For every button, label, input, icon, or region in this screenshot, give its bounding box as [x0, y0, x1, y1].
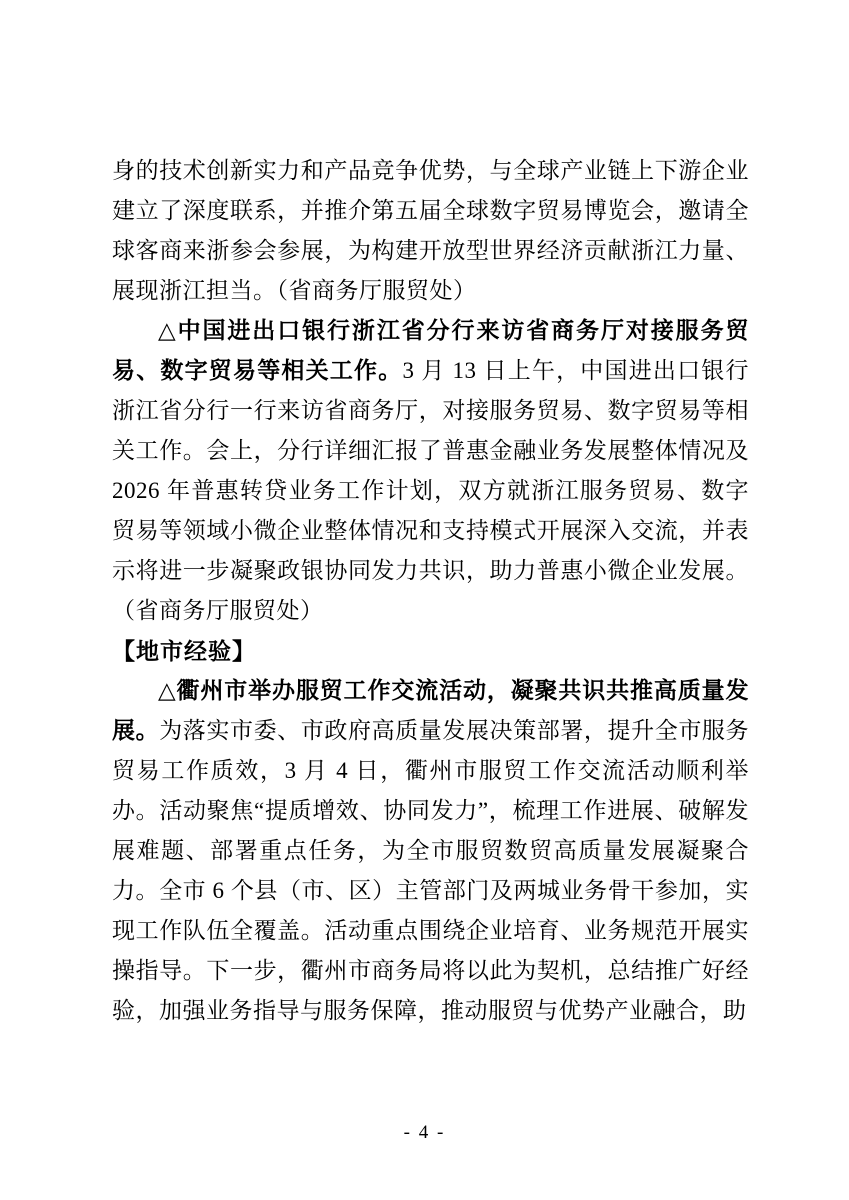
paragraph: △中国进出口银行浙江省分行来访省商务厅对接服务贸易、数字贸易等相关工作。3 月 …: [112, 311, 749, 631]
paragraph: 身的技术创新实力和产品竞争优势，与全球产业链上下游企业建立了深度联系，并推介第五…: [112, 151, 749, 311]
body-text: 3 月 13 日上午，中国进出口银行浙江省分行一行来访省商务厅，对接服务贸易、数…: [112, 358, 749, 623]
section-heading: 【地市经验】: [112, 631, 749, 671]
body-text: 为落实市委、市政府高质量发展决策部署，提升全市服务贸易工作质效，3 月 4 日，…: [112, 718, 749, 1023]
document-body: 身的技术创新实力和产品竞争优势，与全球产业链上下游企业建立了深度联系，并推介第五…: [112, 151, 749, 1031]
page-number: - 4 -: [404, 1122, 446, 1143]
body-text: 身的技术创新实力和产品竞争优势，与全球产业链上下游企业建立了深度联系，并推介第五…: [112, 158, 749, 303]
paragraph: △衢州市举办服贸工作交流活动，凝聚共识共推高质量发展。为落实市委、市政府高质量发…: [112, 671, 749, 1031]
document-page: 身的技术创新实力和产品竞争优势，与全球产业链上下游企业建立了深度联系，并推介第五…: [0, 0, 849, 1200]
bold-lead-text: 【地市经验】: [112, 638, 256, 664]
page-footer: - 4 -: [0, 1122, 849, 1162]
